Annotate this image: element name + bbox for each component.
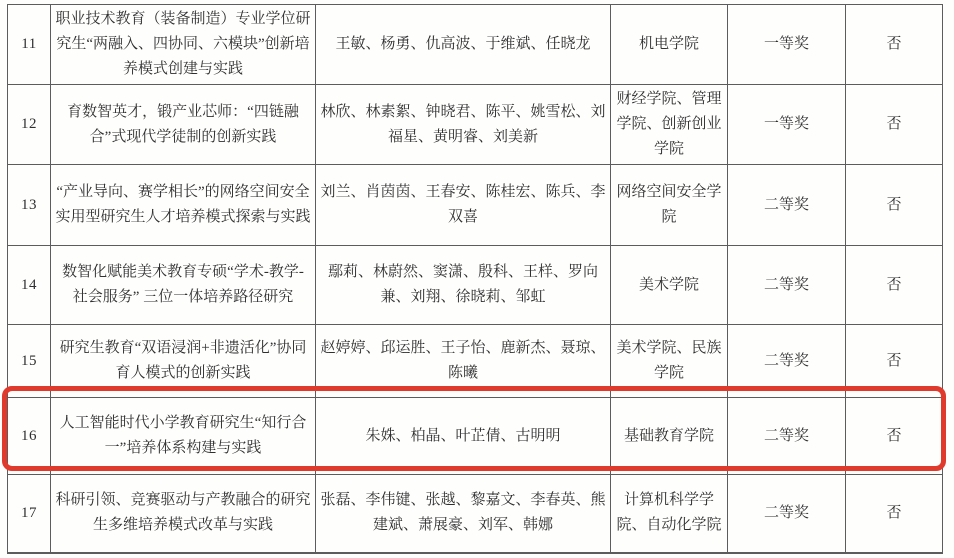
flag-value: 否 (846, 85, 943, 165)
flag-value: 否 (846, 5, 943, 85)
college-name: 基础教育学院 (611, 398, 728, 475)
project-title: 科研引领、竞赛驱动与产教融合的研究生多维培养模式改革与实践 (51, 475, 316, 553)
member-names: 林欣、林素絮、钟晓君、陈平、姚雪松、刘福星、黄明睿、刘美新 (316, 85, 611, 165)
project-title: “产业导向、赛学相长”的网络空间安全实用型研究生人才培养模式探索与实践 (51, 165, 316, 246)
row-number: 13 (8, 165, 51, 246)
flag-value: 否 (846, 246, 943, 325)
project-title: 职业技术教育（装备制造）专业学位研究生“两融入、四协同、六模块”创新培养模式创建… (51, 5, 316, 85)
table-row-highlighted: 16 人工智能时代小学教育研究生“知行合一”培养体系构建与实践 朱姝、柏晶、叶芷… (8, 398, 943, 475)
table-row: 11 职业技术教育（装备制造）专业学位研究生“两融入、四协同、六模块”创新培养模… (8, 5, 943, 85)
scanned-document-page: 11 职业技术教育（装备制造）专业学位研究生“两融入、四协同、六模块”创新培养模… (0, 0, 954, 558)
row-number: 16 (8, 398, 51, 475)
project-title: 数智化赋能美术教育专硕“学术-教学-社会服务” 三位一体培养路径研究 (51, 246, 316, 325)
table-row: 15 研究生教育“双语浸润+非遗活化”协同育人模式的创新实践 赵婷婷、邱运胜、王… (8, 325, 943, 398)
row-number: 17 (8, 475, 51, 553)
college-name: 网络空间安全学院 (611, 165, 728, 246)
table-row: 12 育数智英才，锻产业芯师：“四链融合”式现代学徒制的创新实践 林欣、林素絮、… (8, 85, 943, 165)
college-name: 机电学院 (611, 5, 728, 85)
table-row: 17 科研引领、竞赛驱动与产教融合的研究生多维培养模式改革与实践 张磊、李伟键、… (8, 475, 943, 553)
row-number: 11 (8, 5, 51, 85)
row-number: 14 (8, 246, 51, 325)
award-level: 二等奖 (728, 246, 846, 325)
member-names: 张磊、李伟键、张越、黎嘉文、李春英、熊建斌、萧展豪、刘军、韩娜 (316, 475, 611, 553)
row-number: 12 (8, 85, 51, 165)
award-level: 二等奖 (728, 165, 846, 246)
table-row: 14 数智化赋能美术教育专硕“学术-教学-社会服务” 三位一体培养路径研究 鄢莉… (8, 246, 943, 325)
college-name: 美术学院、民族学院 (611, 325, 728, 398)
member-names: 朱姝、柏晶、叶芷倩、古明明 (316, 398, 611, 475)
row-number: 15 (8, 325, 51, 398)
award-level: 二等奖 (728, 325, 846, 398)
award-level: 一等奖 (728, 5, 846, 85)
flag-value: 否 (846, 325, 943, 398)
award-level: 一等奖 (728, 85, 846, 165)
member-names: 刘兰、肖茵茵、王春安、陈桂宏、陈兵、李双喜 (316, 165, 611, 246)
flag-value: 否 (846, 475, 943, 553)
project-title: 育数智英才，锻产业芯师：“四链融合”式现代学徒制的创新实践 (51, 85, 316, 165)
college-name: 计算机科学学院、自动化学院 (611, 475, 728, 553)
member-names: 赵婷婷、邱运胜、王子怡、鹿新杰、聂琼、陈曦 (316, 325, 611, 398)
project-title: 人工智能时代小学教育研究生“知行合一”培养体系构建与实践 (51, 398, 316, 475)
table-row: 13 “产业导向、赛学相长”的网络空间安全实用型研究生人才培养模式探索与实践 刘… (8, 165, 943, 246)
project-title: 研究生教育“双语浸润+非遗活化”协同育人模式的创新实践 (51, 325, 316, 398)
college-name: 美术学院 (611, 246, 728, 325)
college-name: 财经学院、管理学院、创新创业学院 (611, 85, 728, 165)
member-names: 王敏、杨勇、仇高波、于维斌、任晓龙 (316, 5, 611, 85)
flag-value: 否 (846, 398, 943, 475)
member-names: 鄢莉、林蔚然、窦潇、殷科、王样、罗向兼、刘翔、徐晓莉、邹虹 (316, 246, 611, 325)
award-results-table: 11 职业技术教育（装备制造）专业学位研究生“两融入、四协同、六模块”创新培养模… (7, 4, 943, 554)
award-level: 二等奖 (728, 475, 846, 553)
flag-value: 否 (846, 165, 943, 246)
award-level: 二等奖 (728, 398, 846, 475)
